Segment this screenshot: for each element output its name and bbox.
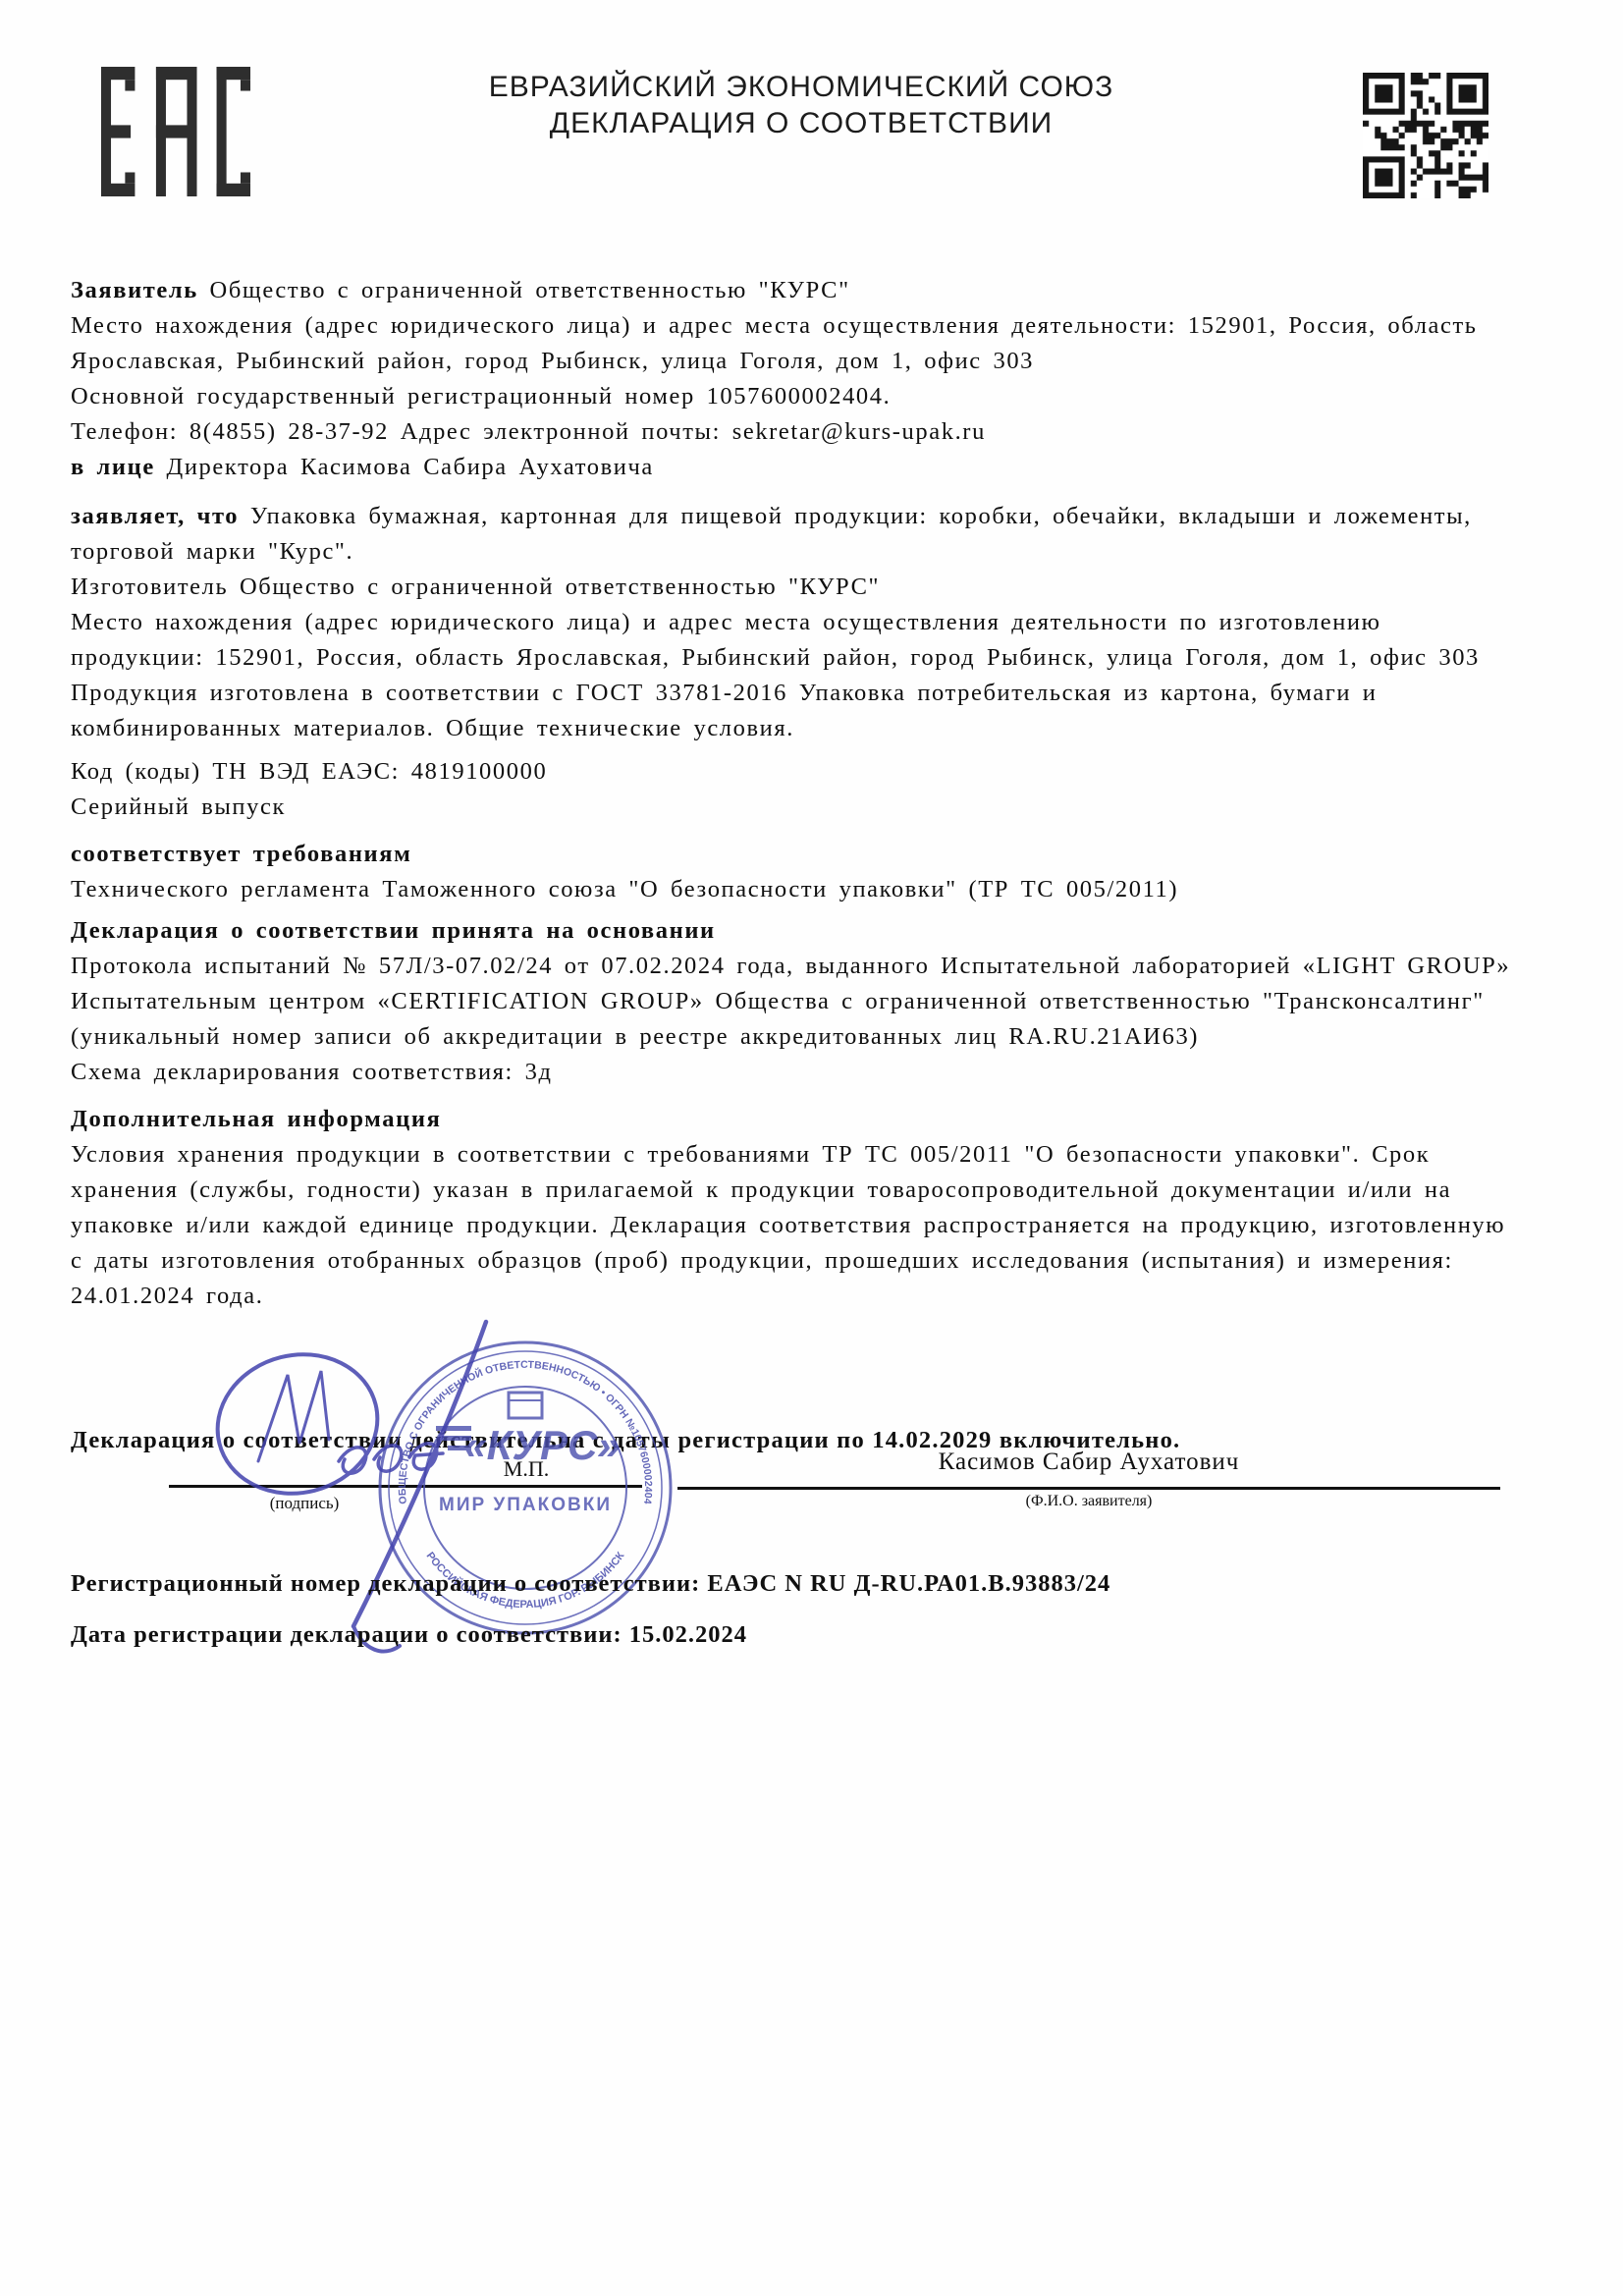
declaration-document: ЕВРАЗИЙСКИЙ ЭКОНОМИЧЕСКИЙ СОЮЗ ДЕКЛАРАЦИ… (0, 0, 1623, 2296)
applicant-name: Касимов Сабир Аухатович (677, 1449, 1500, 1476)
paragraph-label: заявляет, что (71, 503, 239, 529)
paragraph-label: в лице (71, 454, 155, 480)
title-line-2: ДЕКЛАРАЦИЯ О СООТВЕТСТВИИ (281, 105, 1322, 141)
paragraph-address: Место нахождения (адрес юридического лиц… (71, 308, 1524, 379)
paragraph-label: Заявитель (71, 277, 198, 303)
fio-line (677, 1487, 1500, 1490)
paragraph-protocol: Протокола испытаний № 57Л/3-07.02/24 от … (71, 949, 1524, 1055)
document-body: Заявитель Общество с ограниченной ответс… (71, 273, 1524, 1314)
paragraph-person: в лице Директора Касимова Сабира Аухатов… (71, 450, 1524, 485)
paragraph-gost: Продукция изготовлена в соответствии с Г… (71, 676, 1524, 746)
paragraph-regulation: Технического регламента Таможенного союз… (71, 872, 1524, 907)
eac-mark-icon (101, 67, 250, 196)
paragraph-storage: Условия хранения продукции в соответстви… (71, 1137, 1524, 1314)
heading-additional-info: Дополнительная информация (71, 1102, 1524, 1137)
heading-basis: Декларация о соответствии принята на осн… (71, 913, 1524, 949)
paragraph-scheme: Схема декларирования соответствия: 3д (71, 1055, 1524, 1090)
paragraph-manufacturer: Изготовитель Общество с ограниченной отв… (71, 570, 1524, 605)
document-title: ЕВРАЗИЙСКИЙ ЭКОНОМИЧЕСКИЙ СОЮЗ ДЕКЛАРАЦИ… (281, 69, 1322, 141)
heading-complies: соответствует требованиям (71, 837, 1524, 872)
qr-code (1363, 73, 1488, 198)
paragraph-tnved-code: Код (коды) ТН ВЭД ЕАЭС: 4819100000 (71, 754, 1524, 790)
fio-caption: (Ф.И.О. заявителя) (677, 1493, 1500, 1510)
paragraph-ogrn: Основной государственный регистрационный… (71, 379, 1524, 414)
paragraph-applicant: Заявитель Общество с ограниченной ответс… (71, 273, 1524, 308)
registration-date-line: Дата регистрации декларации о соответств… (71, 1621, 1543, 1649)
title-line-1: ЕВРАЗИЙСКИЙ ЭКОНОМИЧЕСКИЙ СОЮЗ (281, 69, 1322, 105)
paragraph-serial: Серийный выпуск (71, 790, 1524, 825)
registration-number-line: Регистрационный номер декларации о соотв… (71, 1570, 1543, 1598)
paragraph-contacts: Телефон: 8(4855) 28-37-92 Адрес электрон… (71, 414, 1524, 450)
paragraph-manufacturer-address: Место нахождения (адрес юридического лиц… (71, 605, 1524, 676)
paragraph-declares: заявляет, что Упаковка бумажная, картонн… (71, 499, 1524, 570)
